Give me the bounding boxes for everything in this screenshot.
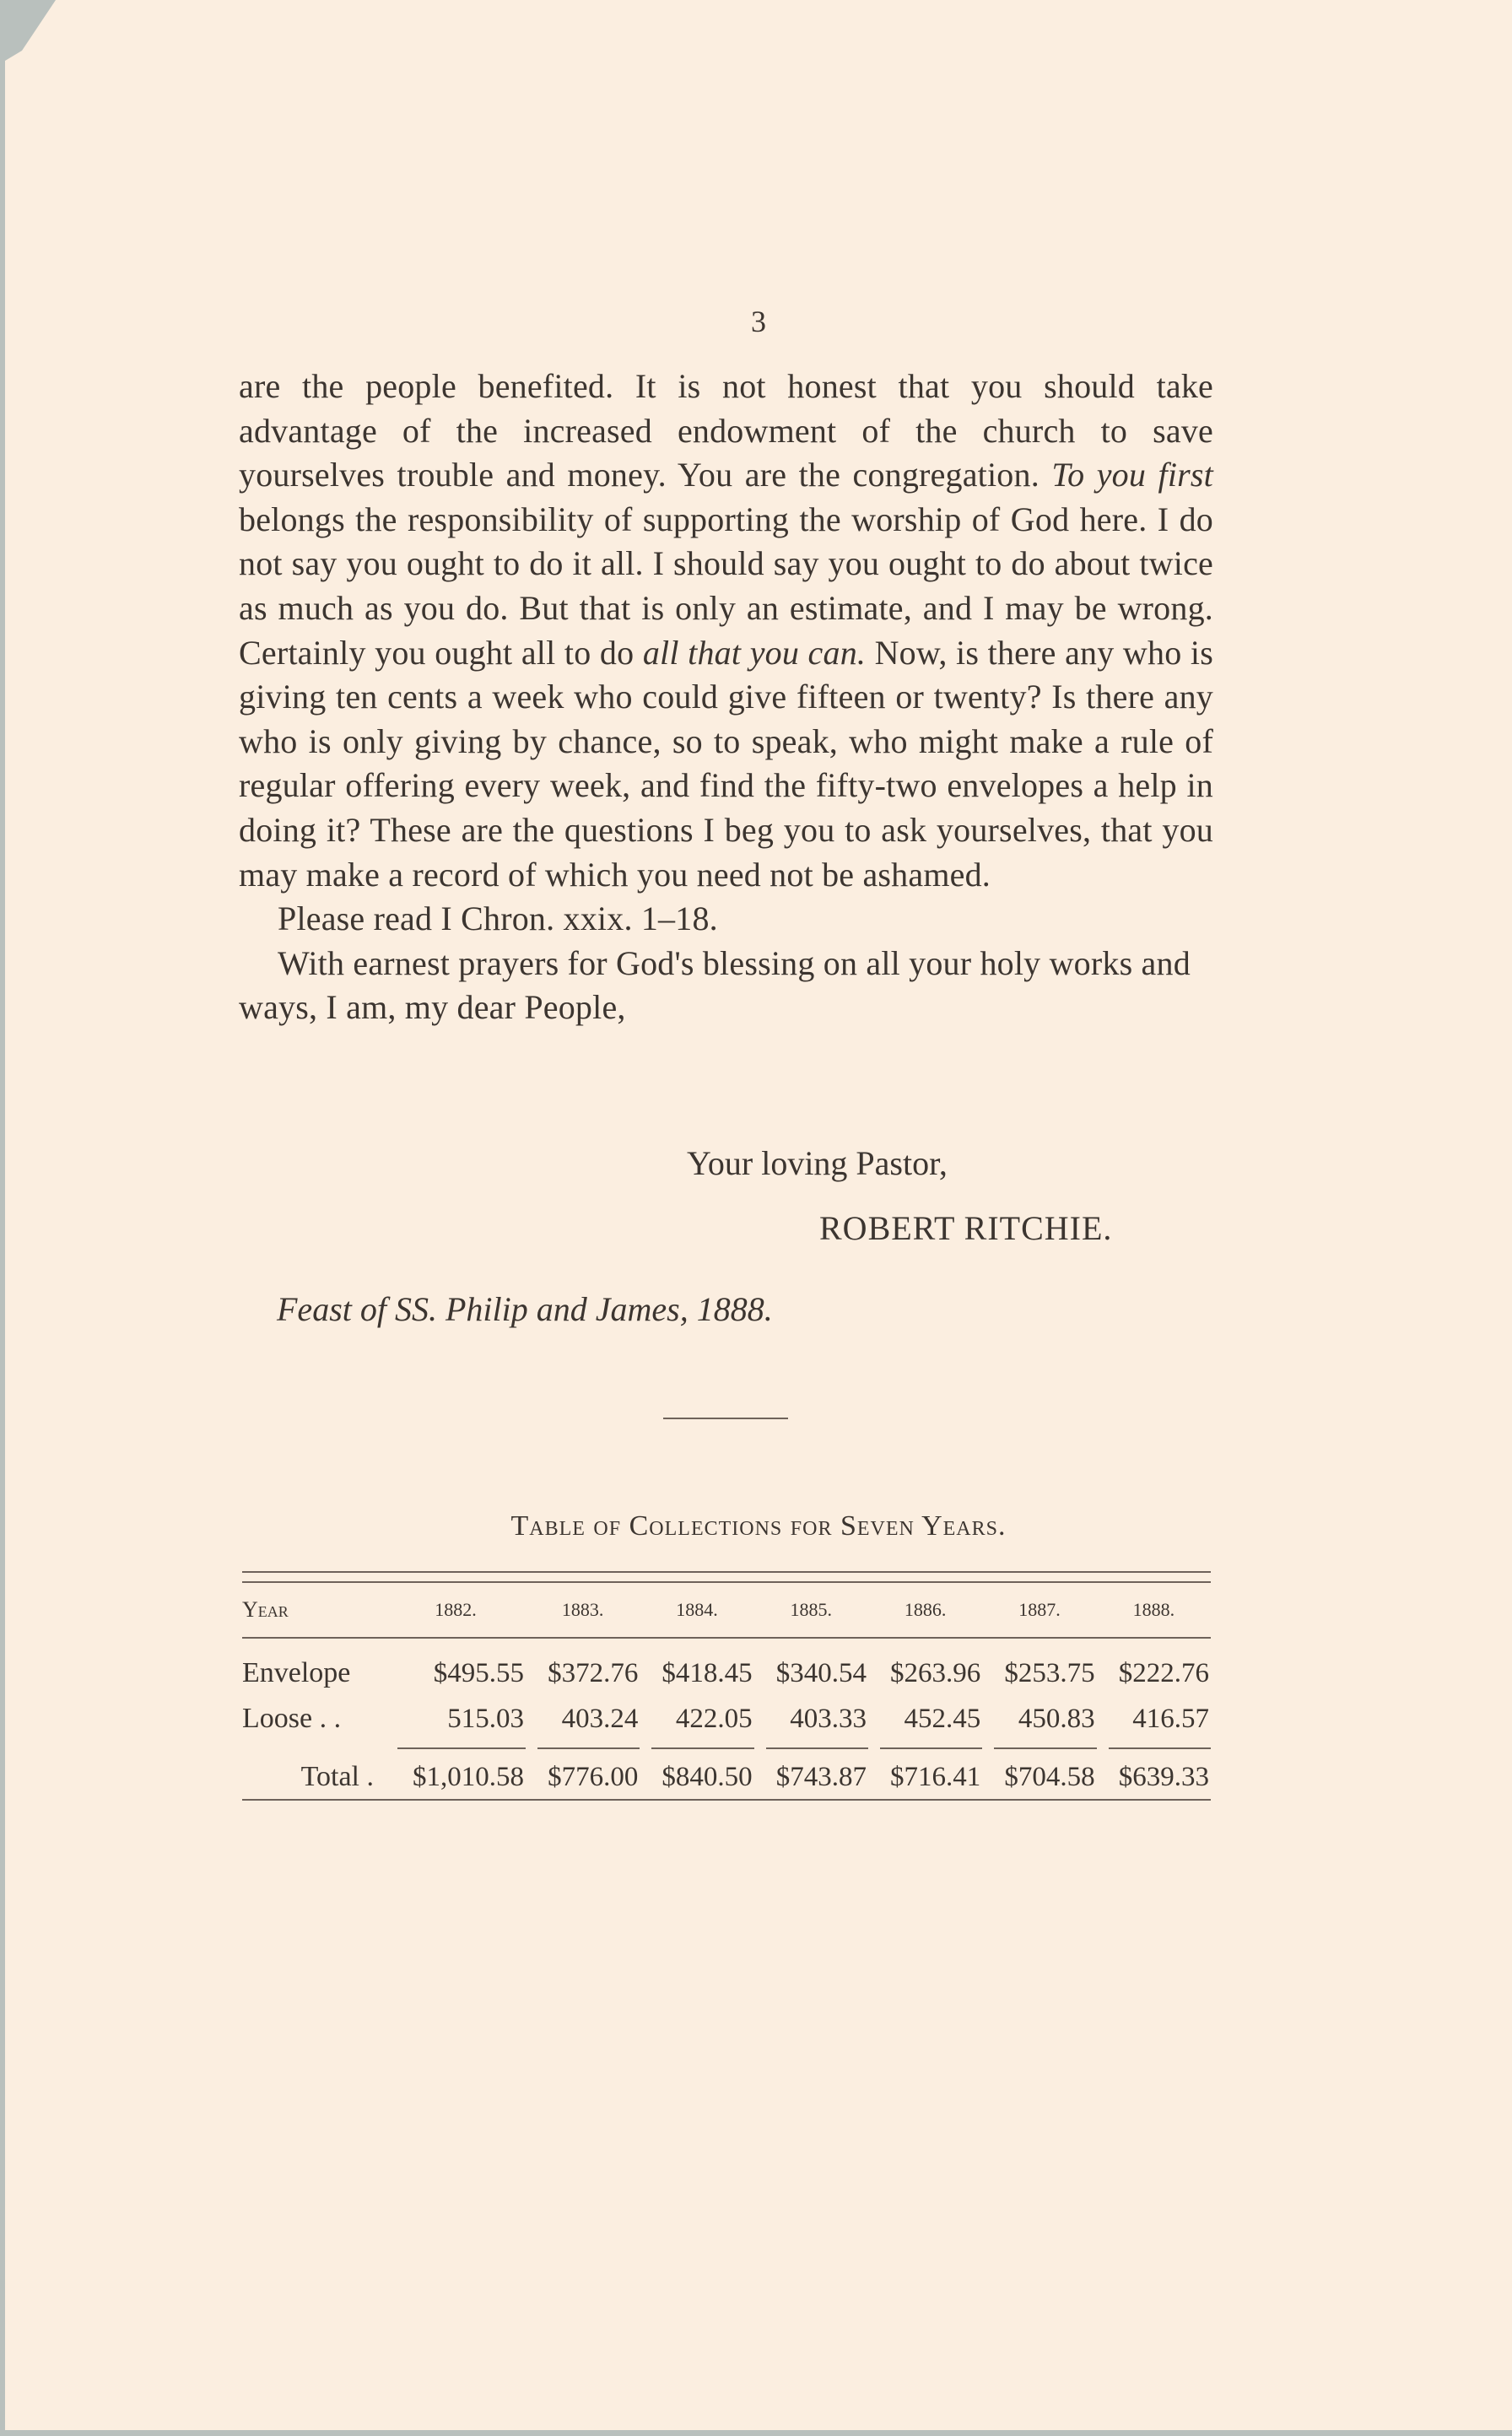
paragraph-3: With earnest prayers for God's blessing … — [239, 942, 1213, 1030]
year-cell: 1886. — [868, 1583, 982, 1638]
collections-table: Year 1882. 1883. 1884. 1885. 1886. 1887.… — [242, 1571, 1211, 1801]
year-cell: 1884. — [640, 1583, 753, 1638]
year-label: Year — [242, 1583, 386, 1638]
year-cell: 1887. — [982, 1583, 1096, 1638]
emphasis-all-that-you-can: all that you can. — [643, 634, 866, 672]
signature: ROBERT RITCHIE. — [819, 1208, 1112, 1248]
document-page: 3 are the people benefited. It is not ho… — [5, 0, 1512, 2430]
table-top-rule — [242, 1571, 1211, 1583]
table-row-total: Total . $1,010.58 $776.00 $840.50 $743.8… — [242, 1755, 1211, 1799]
sum-rules — [242, 1742, 1211, 1755]
section-divider — [663, 1418, 788, 1419]
table-bottom-rule — [242, 1799, 1211, 1801]
table-row-loose: Loose . . 515.03 403.24 422.05 403.33 45… — [242, 1696, 1211, 1742]
table-row-envelope: Envelope $495.55 $372.76 $418.45 $340.54… — [242, 1650, 1211, 1696]
paragraph-1: are the people benefited. It is not hone… — [239, 365, 1213, 897]
year-cell: 1883. — [526, 1583, 640, 1638]
year-header-row: Year 1882. 1883. 1884. 1885. 1886. 1887.… — [242, 1583, 1211, 1638]
year-cell: 1882. — [386, 1583, 526, 1638]
letter-body: are the people benefited. It is not hone… — [239, 365, 1213, 1030]
table-title: Table of Collections for Seven Years. — [5, 1510, 1512, 1542]
page-number: 3 — [5, 304, 1512, 339]
emphasis-to-you-first: To you first — [1051, 456, 1213, 494]
year-cell: 1885. — [754, 1583, 868, 1638]
year-cell: 1888. — [1097, 1583, 1211, 1638]
salutation: Your loving Pastor, — [687, 1143, 948, 1183]
dateline: Feast of SS. Philip and James, 1888. — [277, 1289, 773, 1329]
paragraph-2: Please read I Chron. xxix. 1–18. — [239, 897, 1213, 942]
header-rule — [242, 1638, 1211, 1650]
